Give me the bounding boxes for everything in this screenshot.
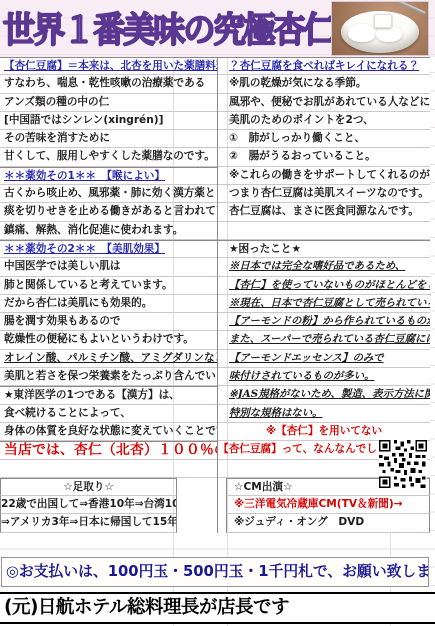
table-row: 古くから咳止め、風邪薬・肺に効く漢方薬として用いられ	[0, 185, 217, 203]
table-row: ★東洋医学の1つである【漢方】は、	[0, 386, 217, 404]
table-row: 身体の体質を良好な状態に変えていくことです	[0, 423, 217, 441]
table-row: 食べ続けることによって、	[0, 405, 217, 423]
table-row: ☆足取り☆	[0, 478, 177, 496]
table-row: オレイン酸、パルミチン酸、アミグダリンなど、	[0, 350, 217, 368]
title-bar: 世界１番美味の究極杏仁豆腐	[0, 0, 435, 57]
table-row: 鎮痛、解熱、消化促進に使われます。	[0, 222, 217, 240]
table-row: また、スーパーで売られている杏仁豆腐には	[218, 331, 430, 349]
section-header-row: ＊＊薬効その2＊＊ 【美肌効果】	[0, 240, 217, 258]
table-row: 【杏仁】を使っていないものがほとんどをしめている。	[218, 277, 430, 295]
table-row: 美肌のためのポイントを2つ、	[218, 112, 430, 130]
table-row: ※三洋電気冷蔵庫CM(TV＆新聞)→	[226, 496, 430, 514]
table-row: ⇒アメリカ3年⇒日本に帰国して15年	[0, 514, 177, 532]
table-row: 【アーモンドエッセンス】のみで	[218, 350, 430, 368]
table-row: ★困ったこと★	[218, 240, 430, 258]
table-row: ② 腸がうるおっていること。	[218, 148, 430, 166]
table-row: 風邪や、便秘でお肌があれている人などに	[218, 94, 430, 112]
table-row: ※JAS規格がないため、製造、表示方法に関しては、	[218, 386, 430, 404]
section-header-row: 【杏仁豆腐】＝本来は、北杏を用いた薬膳料理である。	[0, 57, 217, 75]
table-row: 味付けされているものが多い。	[218, 368, 430, 386]
table-row: 乾燥性の便秘にもよいというわけです。	[0, 331, 217, 349]
table-row: ※日本では完全な嗜好品であるため、	[218, 258, 430, 276]
payment-notice: ◎お支払いは、100円玉・500円玉・1千円札で、お願い致します。	[1, 557, 429, 587]
annin-tofu-photo	[332, 2, 428, 55]
table-row: [中国語ではシンレン(xingrén)]	[0, 112, 217, 130]
table-row: 【アーモンドの粉】から作られているものがかなりで、	[218, 313, 430, 331]
table-row: ① 肺がしっかり働くこと、	[218, 130, 430, 148]
table-row: アンズ類の種の中の仁	[0, 94, 217, 112]
left-column-rows: 【杏仁豆腐】＝本来は、北杏を用いた薬膳料理である。すなわち、喘息・乾性咳嗽の治療…	[0, 57, 217, 533]
left-column: 【杏仁豆腐】＝本来は、北杏を用いた薬膳料理である。すなわち、喘息・乾性咳嗽の治療…	[0, 57, 218, 533]
table-row: ※これらの働きをサポートしてくれるのが杏仁。	[218, 167, 430, 185]
table-row: ※現在、日本で杏仁豆腐として売られているものは	[218, 295, 430, 313]
table-row: 甘くして、服用しやすくした薬膳なのです。	[0, 148, 217, 166]
section-header-row: ？杏仁豆腐を食べればキレイになれる？	[218, 57, 430, 75]
table-row	[0, 460, 217, 478]
table-row: 22歳で出国して⇒香港10年⇒台湾10年	[0, 496, 177, 514]
table-row: 特別な規格はない。	[218, 405, 430, 423]
footer-store-manager: (元)日航ホテル総料理長が店長です	[0, 592, 435, 624]
table-row	[218, 222, 430, 240]
table-row: 痰を切りせきを止める働きがあると言われているそうです。	[0, 203, 217, 221]
table-row: ※肌の乾燥が気になる季節。	[218, 75, 430, 93]
tofu-cube-graphic	[374, 14, 392, 28]
section-header-row: ＊＊薬効その1＊＊ 【喉によい】	[0, 167, 217, 185]
page-title: 世界１番美味の究極杏仁豆腐	[3, 4, 323, 57]
table-row: 腸を潤す効果もあるので	[0, 313, 217, 331]
table-row: つまり杏仁豆腐は美肌スイーツなのです。	[218, 185, 430, 203]
content-table: 【杏仁豆腐】＝本来は、北杏を用いた薬膳料理である。すなわち、喘息・乾性咳嗽の治療…	[0, 57, 430, 533]
table-row: ※【杏仁】を用いてない	[218, 423, 430, 441]
table-row: ※ジュディ・オング DVD	[226, 514, 430, 532]
table-row: 肺と関係していると考えています。	[0, 277, 217, 295]
table-row: すなわち、喘息・乾性咳嗽の治療薬である	[0, 75, 217, 93]
tofu-blob-graphic	[348, 24, 376, 42]
table-row: 美肌と若さを保つ栄養素をたっぷり含んでいるそうです。	[0, 368, 217, 386]
table-row: 杏仁豆腐は、まさに医食同源なんです。	[218, 203, 430, 221]
tofu-blob-graphic	[376, 26, 402, 42]
qr-code-icon	[379, 440, 427, 488]
table-row: 中国医学では美しい肌は	[0, 258, 217, 276]
flyer-page: { "title": "世界１番美味の究極杏仁豆腐", "icons": { "…	[0, 0, 435, 626]
table-row: その苦味を消すために	[0, 130, 217, 148]
table-row: 当店では、杏仁（北杏）１００％のみです。	[0, 441, 217, 459]
table-row: だから杏仁は美肌にも効果的。	[0, 295, 217, 313]
